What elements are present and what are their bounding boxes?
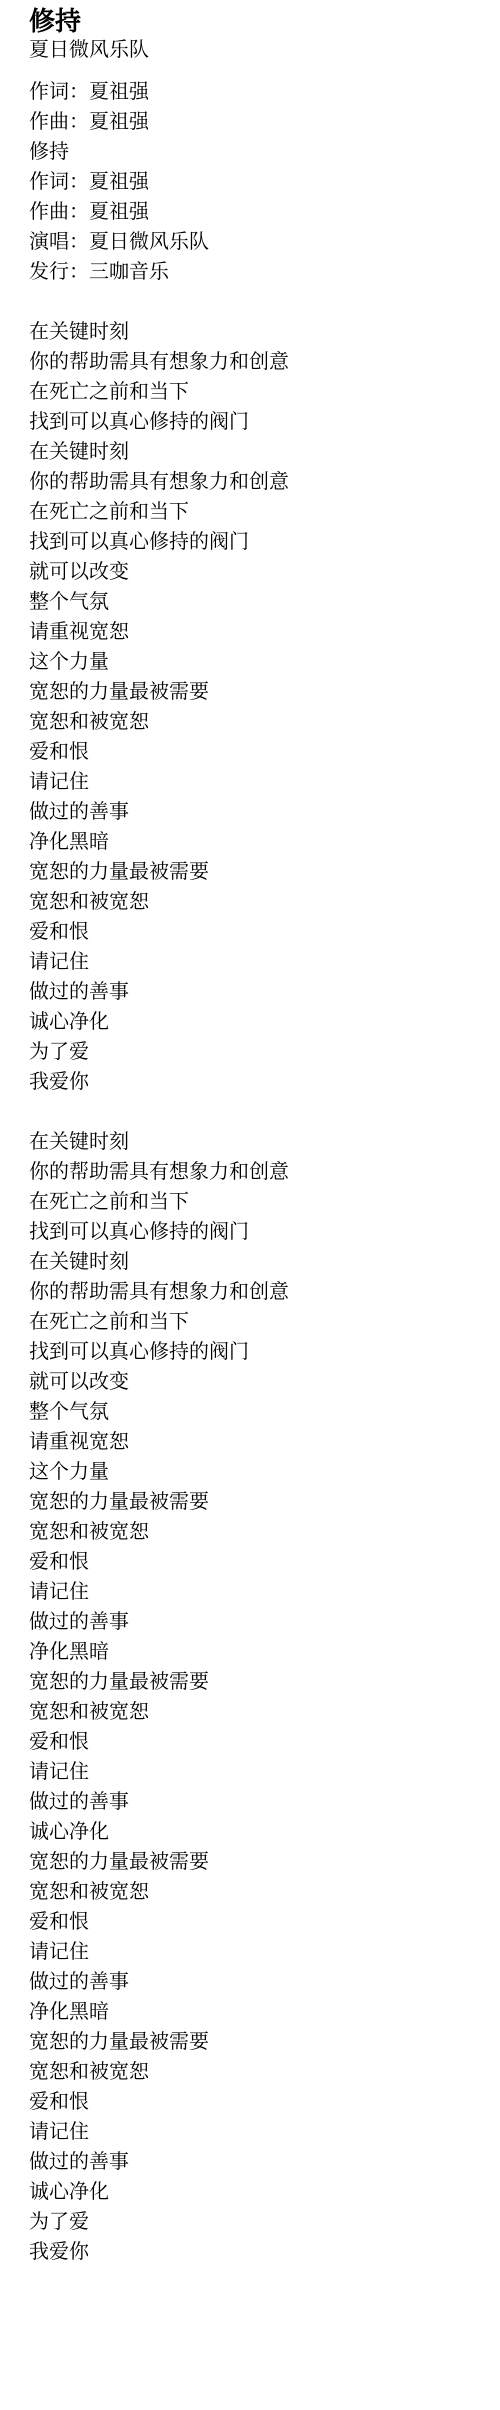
lyric-line: 做过的善事 [29,1607,480,1637]
lyric-line: 请记住 [29,947,480,977]
lyric-line: 找到可以真心修持的阀门 [29,407,480,437]
lyric-line: 你的帮助需具有想象力和创意 [29,1157,480,1187]
credits-line: 作词：夏祖强 [29,77,480,107]
lyric-line: 宽恕的力量最被需要 [29,1487,480,1517]
credits-line: 作词：夏祖强 [29,167,480,197]
lyric-line: 为了爱 [29,2207,480,2237]
lyric-line: 净化黑暗 [29,827,480,857]
lyric-line: 诚心净化 [29,2177,480,2207]
lyric-line: 爱和恨 [29,2087,480,2117]
lyric-line: 在死亡之前和当下 [29,1187,480,1217]
lyric-line: 你的帮助需具有想象力和创意 [29,467,480,497]
lyric-line: 诚心净化 [29,1007,480,1037]
lyric-line: 净化黑暗 [29,1997,480,2027]
lyric-line: 请重视宽恕 [29,1427,480,1457]
lyric-line: 宽恕的力量最被需要 [29,1667,480,1697]
lyric-line: 做过的善事 [29,1967,480,1997]
artist-name: 夏日微风乐队 [29,38,480,62]
lyric-line: 整个气氛 [29,587,480,617]
lyric-line: 宽恕和被宽恕 [29,1697,480,1727]
credits-line: 演唱：夏日微风乐队 [29,227,480,257]
lyric-line: 宽恕的力量最被需要 [29,2027,480,2057]
lyric-line: 宽恕的力量最被需要 [29,857,480,887]
credits-line: 作曲：夏祖强 [29,197,480,227]
lyric-line: 爱和恨 [29,1727,480,1757]
lyric-line: 做过的善事 [29,977,480,1007]
lyric-line: 你的帮助需具有想象力和创意 [29,1277,480,1307]
lyric-line: 找到可以真心修持的阀门 [29,1337,480,1367]
lyric-line: 整个气氛 [29,1397,480,1427]
credits-line: 修持 [29,137,480,167]
lyric-line: 爱和恨 [29,737,480,767]
lyric-line: 做过的善事 [29,797,480,827]
lyric-line: 诚心净化 [29,1817,480,1847]
lyric-line: 找到可以真心修持的阀门 [29,1217,480,1247]
lyric-line: 为了爱 [29,1037,480,1067]
lyric-line: 在死亡之前和当下 [29,1307,480,1337]
lyric-line: 宽恕和被宽恕 [29,1877,480,1907]
lyric-line: 宽恕的力量最被需要 [29,1847,480,1877]
lyric-line: 请记住 [29,1577,480,1607]
lyric-line: 这个力量 [29,1457,480,1487]
lyric-line: 在关键时刻 [29,437,480,467]
lyric-line: 做过的善事 [29,1787,480,1817]
credits-line: 发行：三咖音乐 [29,257,480,287]
lyric-line: 宽恕的力量最被需要 [29,677,480,707]
lyrics-body: 作词：夏祖强作曲：夏祖强修持作词：夏祖强作曲：夏祖强演唱：夏日微风乐队发行：三咖… [29,77,480,2267]
blank-line [29,1097,480,1127]
lyric-line: 请记住 [29,2117,480,2147]
lyrics-page: 修持 夏日微风乐队 作词：夏祖强作曲：夏祖强修持作词：夏祖强作曲：夏祖强演唱：夏… [0,0,500,2327]
lyric-line: 在关键时刻 [29,1247,480,1277]
lyric-line: 在死亡之前和当下 [29,497,480,527]
lyric-line: 在死亡之前和当下 [29,377,480,407]
lyric-line: 在关键时刻 [29,1127,480,1157]
lyric-line: 请记住 [29,767,480,797]
lyric-line: 宽恕和被宽恕 [29,1517,480,1547]
blank-line [29,287,480,317]
lyric-line: 宽恕和被宽恕 [29,707,480,737]
lyric-line: 请记住 [29,1937,480,1967]
lyric-line: 我爱你 [29,1067,480,1097]
lyric-line: 就可以改变 [29,1367,480,1397]
credits-line: 作曲：夏祖强 [29,107,480,137]
lyric-line: 就可以改变 [29,557,480,587]
lyric-line: 净化黑暗 [29,1637,480,1667]
lyric-line: 做过的善事 [29,2147,480,2177]
lyric-line: 爱和恨 [29,1547,480,1577]
lyric-line: 请记住 [29,1757,480,1787]
lyric-line: 这个力量 [29,647,480,677]
lyric-line: 在关键时刻 [29,317,480,347]
lyric-line: 找到可以真心修持的阀门 [29,527,480,557]
page-title: 修持 [29,5,480,38]
lyric-line: 你的帮助需具有想象力和创意 [29,347,480,377]
lyric-line: 爱和恨 [29,917,480,947]
lyric-line: 请重视宽恕 [29,617,480,647]
lyric-line: 宽恕和被宽恕 [29,887,480,917]
lyric-line: 宽恕和被宽恕 [29,2057,480,2087]
lyric-line: 我爱你 [29,2237,480,2267]
lyric-line: 爱和恨 [29,1907,480,1937]
